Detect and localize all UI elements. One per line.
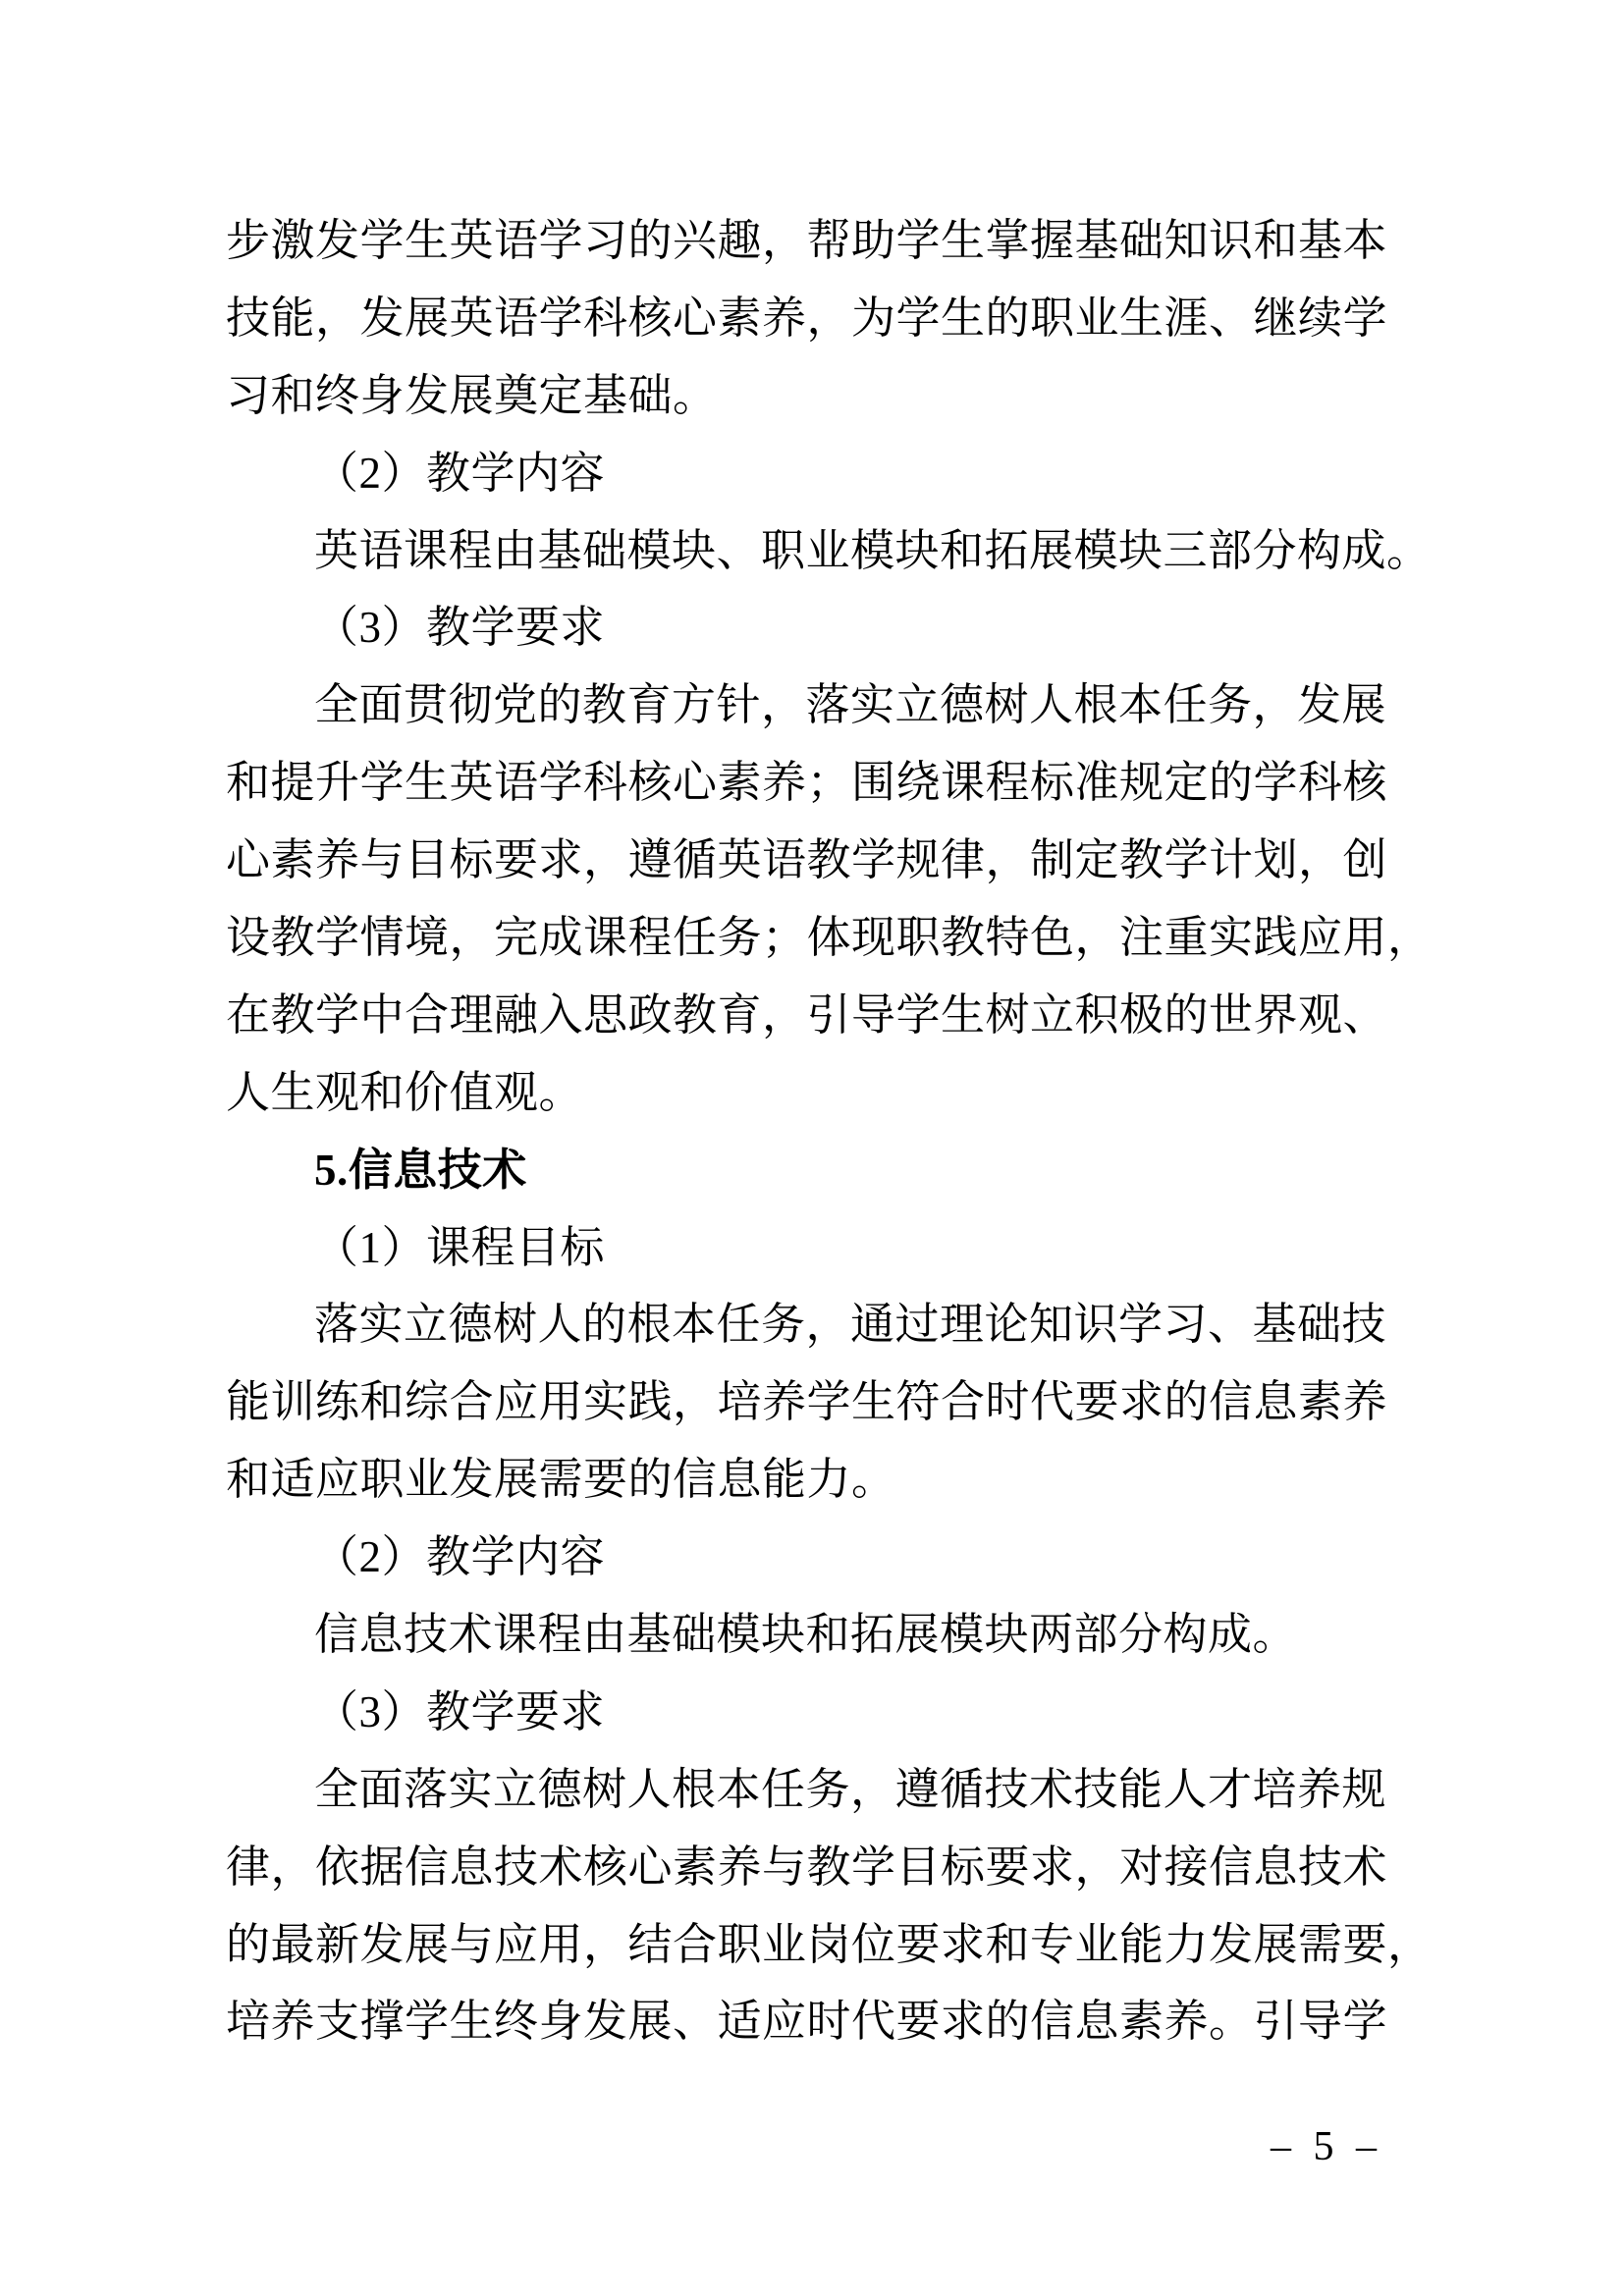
subsection-heading: （2）教学内容 [226,1519,1394,1596]
doc-line: 人生观和价值观。 [226,1054,1394,1132]
doc-line: 能训练和综合应用实践，培养学生符合时代要求的信息素养 [226,1363,1394,1441]
section-heading: 5.信息技术 [226,1132,1394,1209]
subsection-heading: （2）教学内容 [226,435,1394,512]
document-page: 步激发学生英语学习的兴趣，帮助学生掌握基础知识和基本 技能，发展英语学科核心素养… [0,0,1624,2296]
page-number: – 5 – [1271,2122,1382,2171]
doc-line: 技能，发展英语学科核心素养，为学生的职业生涯、继续学 [226,280,1394,357]
doc-line: 全面贯彻党的教育方针，落实立德树人根本任务，发展 [226,667,1394,744]
doc-line: 习和终身发展奠定基础。 [226,357,1394,435]
doc-line: 律，依据信息技术核心素养与教学目标要求，对接信息技术 [226,1829,1394,1906]
doc-line: 和适应职业发展需要的信息能力。 [226,1441,1394,1519]
subsection-heading: （3）教学要求 [226,1674,1394,1751]
doc-line: 在教学中合理融入思政教育，引导学生树立积极的世界观、 [226,977,1394,1054]
doc-line: 落实立德树人的根本任务，通过理论知识学习、基础技 [226,1286,1394,1363]
doc-line: 的最新发展与应用，结合职业岗位要求和专业能力发展需要， [226,1906,1394,1984]
doc-line: 和提升学生英语学科核心素养；围绕课程标准规定的学科核 [226,744,1394,822]
doc-line: 信息技术课程由基础模块和拓展模块两部分构成。 [226,1596,1394,1674]
doc-line: 英语课程由基础模块、职业模块和拓展模块三部分构成。 [226,512,1394,590]
document-body: 步激发学生英语学习的兴趣，帮助学生掌握基础知识和基本 技能，发展英语学科核心素养… [226,202,1394,2060]
doc-line: 步激发学生英语学习的兴趣，帮助学生掌握基础知识和基本 [226,202,1394,280]
doc-line: 全面落实立德树人根本任务，遵循技术技能人才培养规 [226,1751,1394,1829]
doc-line: 心素养与目标要求，遵循英语教学规律，制定教学计划，创 [226,822,1394,899]
subsection-heading: （3）教学要求 [226,589,1394,667]
doc-line: 设教学情境，完成课程任务；体现职教特色，注重实践应用， [226,899,1394,977]
doc-line: 培养支撑学生终身发展、适应时代要求的信息素养。引导学 [226,1983,1394,2060]
subsection-heading: （1）课程目标 [226,1209,1394,1287]
